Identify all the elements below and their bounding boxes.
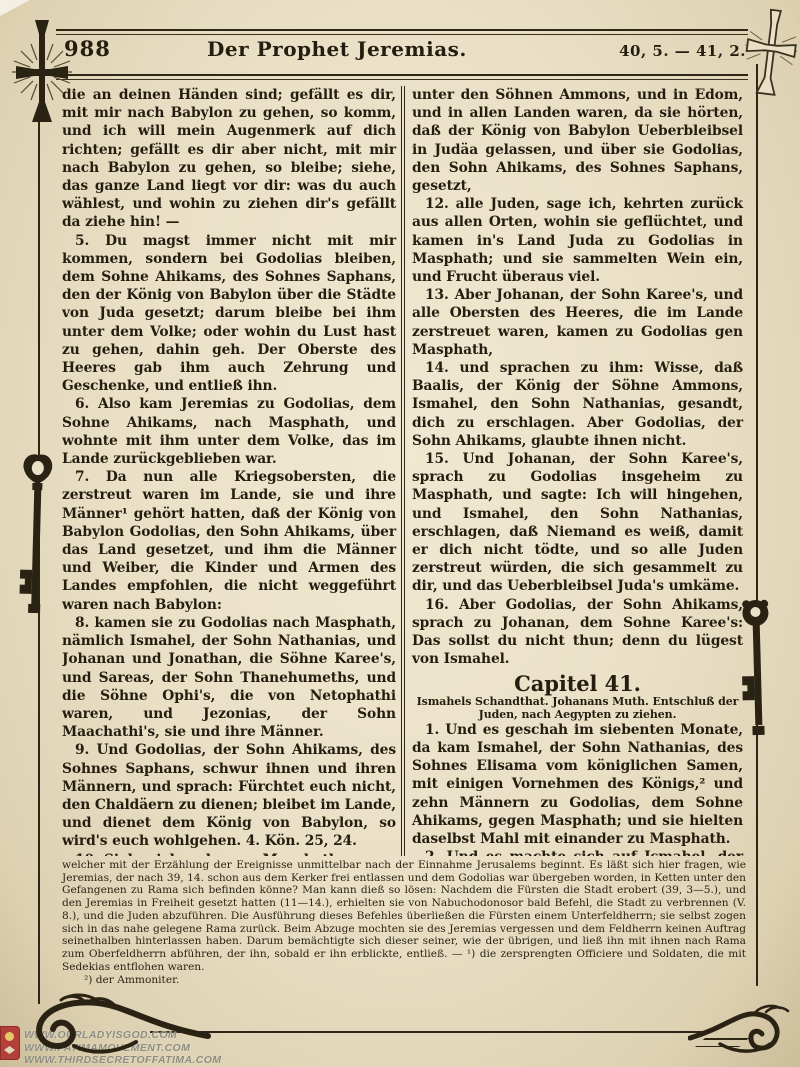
verse-41-2: 2. Und es machte sich auf Ismahel, der S… <box>412 848 743 856</box>
footnote-second: ²) der Ammoniter. <box>62 974 746 987</box>
scripture-columns: die an deinen Händen sind; gefällt es di… <box>62 86 746 856</box>
header-top-rule <box>56 29 748 35</box>
chapter-heading: Capitel 41. <box>412 675 743 693</box>
chapter-subtitle: Ismahels Schandthat. Johanans Muth. Ents… <box>412 695 743 721</box>
verse-40-5: 5. Du magst immer nicht mit mir kommen, … <box>62 232 396 396</box>
verse-40-11-continuation: unter den Söhnen Ammons, und in Edom, un… <box>412 86 743 195</box>
scroll-ornament <box>12 992 212 1058</box>
footnote-block: welcher mit der Erzählung der Ereignisse… <box>62 859 746 987</box>
verse-40-9: 9. Und Godolias, der Sohn Ahikams, des S… <box>62 741 396 850</box>
scanned-bible-page: 988 Der Prophet Jeremias. 40, 5. — 41, 2… <box>0 0 800 1067</box>
verse-40-13: 13. Aber Johanan, der Sohn Karee's, und … <box>412 286 743 359</box>
verse-40-14: 14. und sprachen zu ihm: Wisse, daß Baal… <box>412 359 743 450</box>
key-icon <box>16 452 56 625</box>
watermark-crest <box>0 1026 20 1060</box>
verse-40-6: 6. Also kam Jeremias zu Godolias, dem So… <box>62 395 396 468</box>
header-bottom-rule <box>56 74 748 80</box>
verse-range: 40, 5. — 41, 2. <box>619 42 746 60</box>
page-title: Der Prophet Jeremias. <box>207 37 467 61</box>
scan-corner-artifact <box>0 0 30 16</box>
page-header: 988 Der Prophet Jeremias. 40, 5. — 41, 2… <box>64 36 746 61</box>
verse-40-4-continuation: die an deinen Händen sind; gefällt es di… <box>62 86 396 232</box>
verse-40-10: 10. Siehe, ich wohne zu Masphath, um zu … <box>62 851 396 856</box>
verse-40-8: 8. kamen sie zu Godolias nach Masphath, … <box>62 614 396 741</box>
verse-40-7: 7. Da nun alle Kriegsobersten, die zerst… <box>62 468 396 614</box>
verse-41-1: 1. Und es geschah im siebenten Monate, d… <box>412 721 743 848</box>
cross-outline-icon <box>734 5 800 112</box>
key-icon <box>738 598 776 749</box>
right-border-line <box>756 64 758 986</box>
bottom-border-line <box>150 1031 710 1033</box>
right-column: unter den Söhnen Ammons, und in Edom, un… <box>405 86 743 856</box>
verse-40-16: 16. Aber Godolias, der Sohn Ahikams, spr… <box>412 596 743 669</box>
cross-sunburst-icon <box>6 16 80 134</box>
scroll-ornament <box>688 1000 800 1060</box>
footnote-main: welcher mit der Erzählung der Ereignisse… <box>62 859 746 973</box>
verse-40-15: 15. Und Johanan, der Sohn Karee's, sprac… <box>412 450 743 596</box>
verse-40-12: 12. alle Juden, sage ich, kehrten zurück… <box>412 195 743 286</box>
left-column: die an deinen Händen sind; gefällt es di… <box>62 86 401 856</box>
